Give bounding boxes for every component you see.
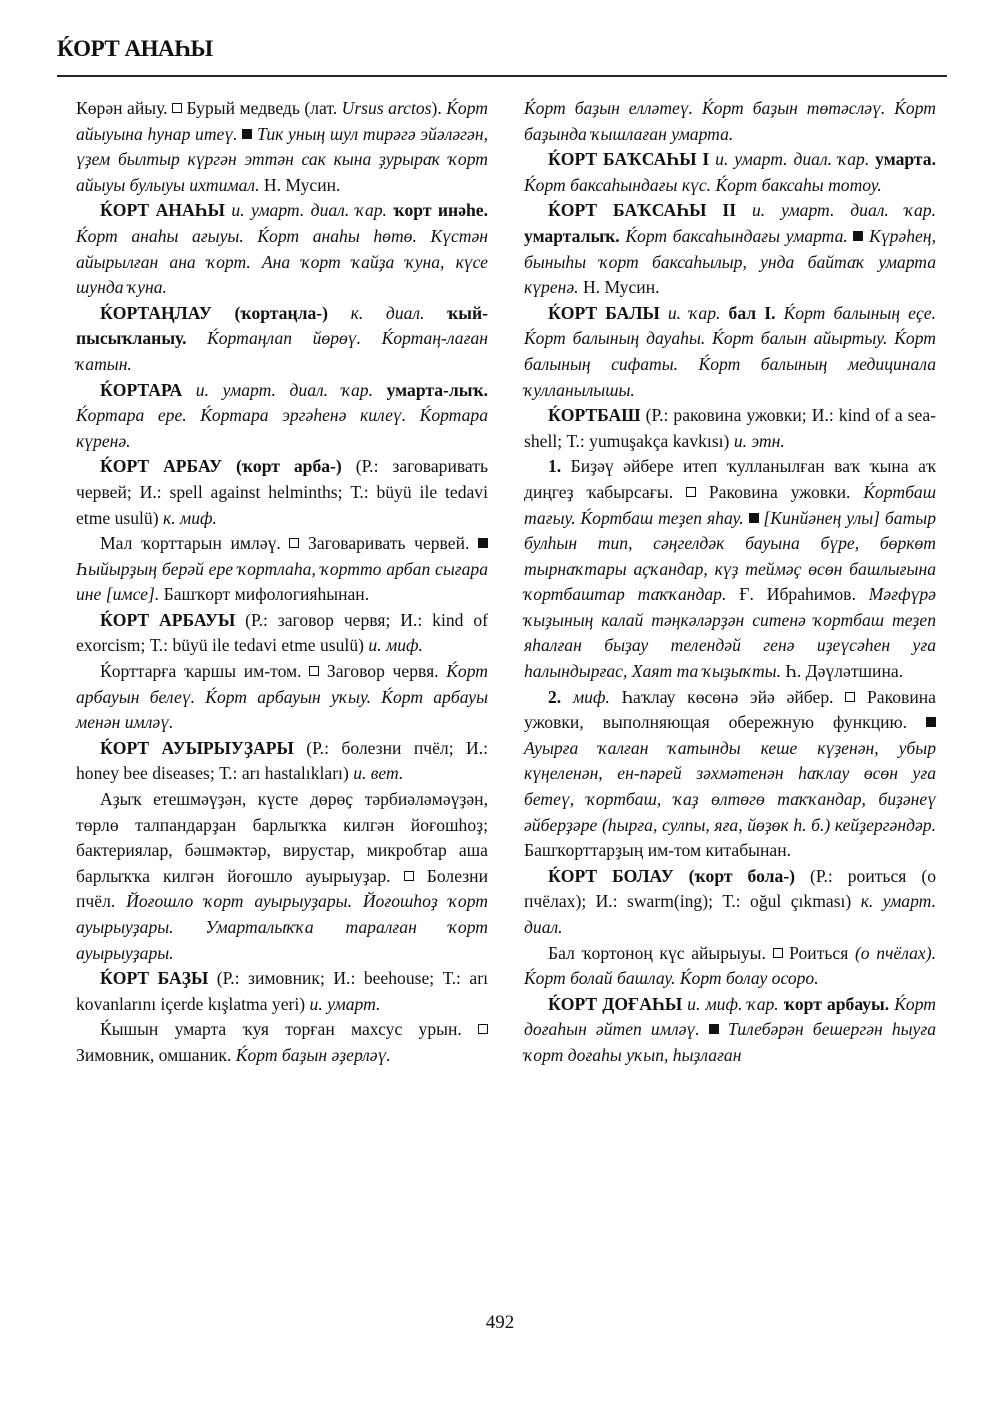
italic-text: Ursus arctos bbox=[342, 98, 432, 118]
text: Н. Мусин. bbox=[260, 175, 341, 195]
filled-square-icon bbox=[478, 538, 488, 548]
continued-paragraph: Ќорт баҙын елләтеү. Ќорт баҙын төтәсләү.… bbox=[524, 96, 936, 147]
dictionary-entry: Бал ҡортоноң күс айырыуы. Роиться (о пчё… bbox=[524, 941, 936, 992]
headword: ЌОРТ АНАҺЫ bbox=[100, 200, 225, 220]
dictionary-entry: ЌОРТБАШ (Р.: раковина ужовки; И.: kind o… bbox=[524, 403, 936, 454]
headword: ҡорт арбауы. bbox=[779, 994, 889, 1014]
dictionary-entry: ЌОРТ АНАҺЫ и. умарт. диал. ҡар. ҡорт инә… bbox=[76, 198, 488, 300]
dictionary-entry: ЌОРТАҢЛАУ (ҡортаңла-) к. диал. ҡый-пысыҡ… bbox=[76, 301, 488, 378]
text: Бал ҡортоноң күс айырыуы. bbox=[548, 943, 773, 963]
text: Роиться bbox=[783, 943, 855, 963]
headword: ҡорт инәһе. bbox=[387, 200, 488, 220]
italic-text: и. умарт. диал. ҡар. bbox=[182, 380, 373, 400]
headword: ЌОРТАҢЛАУ (ҡортаңла-) bbox=[100, 303, 328, 323]
open-square-icon bbox=[773, 948, 783, 958]
headword: ЌОРТ АРБАУЫ bbox=[100, 610, 235, 630]
headword: умарталыҡ. bbox=[524, 226, 620, 246]
text: Мал ҡорттарын имләү. bbox=[100, 533, 289, 553]
text: Көрән айыу. bbox=[76, 98, 172, 118]
headword: ЌОРТ БАҘЫ bbox=[100, 968, 208, 988]
italic-text: и. ҡар. bbox=[660, 303, 721, 323]
text: Башҡорт мифологияһынан. bbox=[159, 584, 369, 604]
open-square-icon bbox=[172, 103, 182, 113]
headword: ЌОРТ БАҠСАҺЫ II bbox=[548, 200, 736, 220]
headword: бал I. bbox=[720, 303, 775, 323]
running-head: ЌОРТ АНАҺЫ bbox=[57, 36, 213, 62]
text: Ќышын умарта ҡуя торған махсус урын. bbox=[100, 1019, 478, 1039]
italic-text: и. этн. bbox=[734, 431, 785, 451]
text bbox=[776, 303, 784, 323]
text: Һ. Дәүләтшина. bbox=[781, 661, 903, 681]
text: Заговор червя. bbox=[319, 661, 446, 681]
text bbox=[700, 1019, 709, 1039]
dictionary-entry: 1. Биҙәү әйбере итеп ҡулланылған ваҡ ҡын… bbox=[524, 454, 936, 684]
right-column: Ќорт баҙын елләтеү. Ќорт баҙын төтәсләү.… bbox=[524, 96, 936, 1069]
text: Заговаривать червей. bbox=[299, 533, 478, 553]
text: Зимовник, омшаник. bbox=[76, 1045, 236, 1065]
text: Бурый медведь (лат. bbox=[182, 98, 342, 118]
headword: умарта. bbox=[869, 149, 936, 169]
continued-paragraph: Көрән айыу. Бурый медведь (лат. Ursus ar… bbox=[76, 96, 488, 198]
headword: ЌОРТ ДОҒАҺЫ bbox=[548, 994, 682, 1014]
open-square-icon bbox=[686, 487, 696, 497]
header-rule bbox=[57, 75, 947, 77]
dictionary-entry: 2. миф. Һаҡлау көсөнә эйә әйбер. Раковин… bbox=[524, 685, 936, 864]
dictionary-entry: ЌОРТ БОЛАУ (ҡорт бола-) (Р.: роиться (о … bbox=[524, 864, 936, 941]
left-column: Көрән айыу. Бурый медведь (лат. Ursus ar… bbox=[76, 96, 488, 1069]
dictionary-entry: Аҙыҡ етешмәүҙән, күсте дөрөҫ тәрбиәләмәү… bbox=[76, 787, 488, 966]
open-square-icon bbox=[309, 666, 319, 676]
text: Ғ. Ибраһимов. bbox=[726, 584, 868, 604]
italic-text: миф. bbox=[561, 687, 610, 707]
dictionary-entry: Ќышын умарта ҡуя торған махсус урын. Зим… bbox=[76, 1017, 488, 1068]
italic-text: и. вет. bbox=[353, 763, 403, 783]
italic-text: Ќорт анаһы ағыуы. Ќорт анаһы һөтө. Күстә… bbox=[76, 226, 488, 297]
headword: ЌОРТБАШ bbox=[548, 405, 641, 425]
headword: 2. bbox=[548, 687, 561, 707]
text: Башҡорттарҙың им-том китабынан. bbox=[524, 840, 791, 860]
italic-text: и. умарт. диал. ҡар. bbox=[709, 149, 869, 169]
page-number: 492 bbox=[0, 1312, 1000, 1334]
headword: ЌОРТ БОЛАУ (ҡорт бола-) bbox=[548, 866, 795, 886]
open-square-icon bbox=[478, 1024, 488, 1034]
dictionary-entry: ЌОРТ АРБАУЫ (Р.: заговор червя; И.: kind… bbox=[76, 608, 488, 659]
italic-text: и. миф. ҡар. bbox=[682, 994, 779, 1014]
dictionary-entry: ЌОРТАРА и. умарт. диал. ҡар. умарта-лыҡ.… bbox=[76, 378, 488, 455]
text: Раковина ужовки. bbox=[696, 482, 863, 502]
dictionary-entry: Ќорттарға ҡаршы им-том. Заговор червя. Ќ… bbox=[76, 659, 488, 736]
filled-square-icon bbox=[709, 1024, 719, 1034]
filled-square-icon bbox=[242, 129, 252, 139]
headword: ЌОРТ АУЫРЫУҘАРЫ bbox=[100, 738, 294, 758]
italic-text: Йоғошло ҡорт ауырыуҙары. Йоғошһоҙ ҡорт а… bbox=[76, 891, 488, 962]
italic-text: к. миф. bbox=[163, 508, 217, 528]
headword: ЌОРТ БАҠСАҺЫ I bbox=[548, 149, 709, 169]
text bbox=[186, 328, 207, 348]
headword: ЌОРТАРА bbox=[100, 380, 182, 400]
italic-text: Ќорт баҙын елләтеү. Ќорт баҙын төтәсләү.… bbox=[524, 98, 936, 144]
headword: ЌОРТ БАЛЫ bbox=[548, 303, 660, 323]
italic-text: Ќортара ере. Ќортара эргәһенә килеү. Ќор… bbox=[76, 405, 488, 451]
dictionary-entry: ЌОРТ ДОҒАҺЫ и. миф. ҡар. ҡорт арбауы. Ќо… bbox=[524, 992, 936, 1069]
italic-text: и. умарт. диал. ҡар. bbox=[225, 200, 387, 220]
italic-text: и. умарт. диал. ҡар. bbox=[736, 200, 936, 220]
dictionary-entry: Мал ҡорттарын имләү. Заговаривать червей… bbox=[76, 531, 488, 608]
filled-square-icon bbox=[853, 231, 863, 241]
dictionary-entry: ЌОРТ БАҠСАҺЫ I и. умарт. диал. ҡар. умар… bbox=[524, 147, 936, 198]
italic-text: Ќорт баҙын әҙерләү. bbox=[236, 1045, 391, 1065]
italic-text: и. умарт. bbox=[310, 994, 381, 1014]
italic-text: к. диал. bbox=[328, 303, 425, 323]
dictionary-entry: ЌОРТ АУЫРЫУҘАРЫ (Р.: болезни пчёл; И.: h… bbox=[76, 736, 488, 787]
headword: 1. bbox=[548, 456, 561, 476]
headword: умарта-лыҡ. bbox=[373, 380, 488, 400]
italic-text: Ќорт баксаһындағы умарта. bbox=[625, 226, 847, 246]
dictionary-entry: ЌОРТ БАЛЫ и. ҡар. бал I. Ќорт балының еҫ… bbox=[524, 301, 936, 403]
open-square-icon bbox=[404, 871, 414, 881]
headword: ЌОРТ АРБАУ (ҡорт арба-) bbox=[100, 456, 342, 476]
filled-square-icon bbox=[926, 717, 936, 727]
italic-text: Ауырға ҡалған ҡатынды кеше күҙенән, убыр… bbox=[524, 738, 936, 835]
italic-text: Ќорт баксаһындағы күс. Ќорт баксаһы тото… bbox=[524, 175, 882, 195]
text bbox=[719, 1019, 728, 1039]
filled-square-icon bbox=[749, 513, 759, 523]
open-square-icon bbox=[845, 692, 855, 702]
text: Н. Мусин. bbox=[579, 277, 660, 297]
text: ). bbox=[431, 98, 446, 118]
text: Һаҡлау көсөнә эйә әйбер. bbox=[610, 687, 845, 707]
dictionary-entry: ЌОРТ АРБАУ (ҡорт арба-) (Р.: заговариват… bbox=[76, 454, 488, 531]
italic-text: и. миф. bbox=[368, 635, 423, 655]
dictionary-entry: ЌОРТ БАҘЫ (Р.: зимовник; И.: beehouse; Т… bbox=[76, 966, 488, 1017]
text: Ќорттарға ҡаршы им-том. bbox=[100, 661, 309, 681]
dictionary-entry: ЌОРТ БАҠСАҺЫ II и. умарт. диал. ҡар. ума… bbox=[524, 198, 936, 300]
open-square-icon bbox=[289, 538, 299, 548]
